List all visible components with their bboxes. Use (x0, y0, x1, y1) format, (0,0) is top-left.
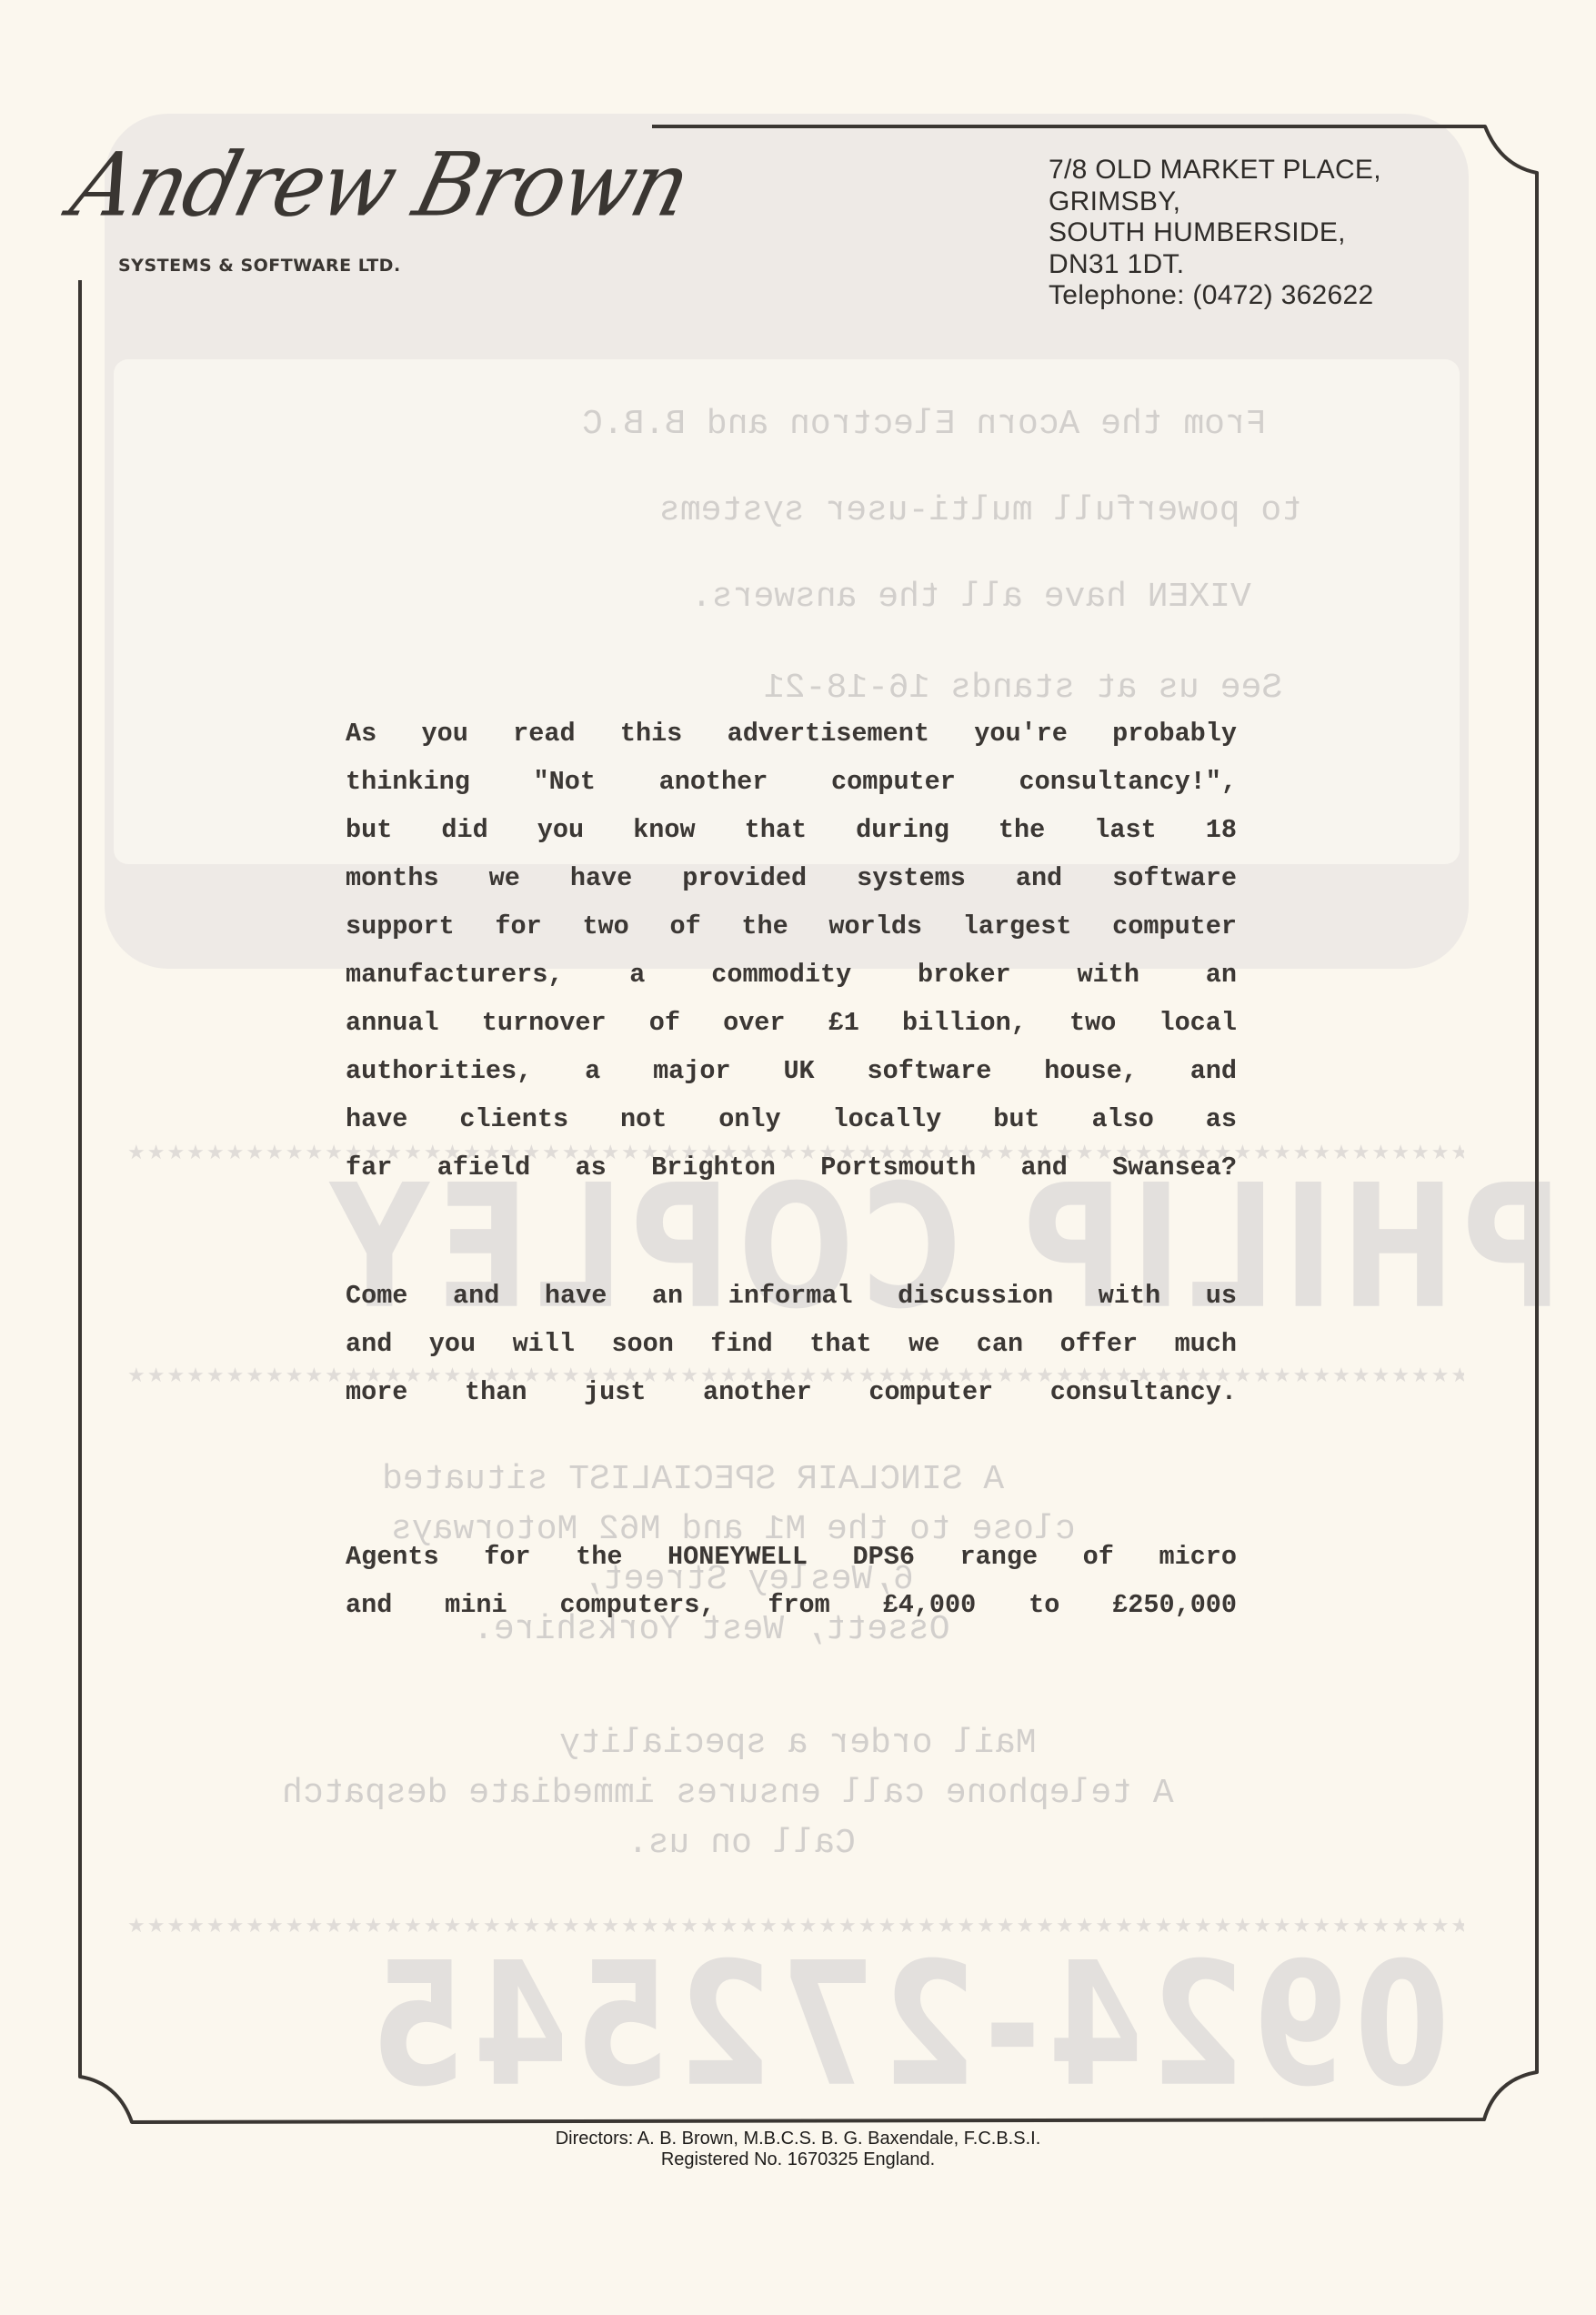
telephone-line: Telephone: (0472) 362622 (1049, 280, 1381, 312)
text-line: have clients not only locally but also a… (346, 1095, 1237, 1143)
letterhead-footer: Directors: A. B. Brown, M.B.C.S. B. G. B… (0, 2129, 1596, 2170)
company-subtitle: SYSTEMS & SOFTWARE LTD. (118, 256, 401, 276)
text-line: support for two of the worlds largest co… (346, 902, 1237, 951)
text-line: As you read this advertisement you're pr… (346, 710, 1237, 758)
address-line: GRIMSBY, (1049, 186, 1381, 218)
paragraph-agents: Agents for the HONEYWELL DPS6 range of m… (346, 1533, 1237, 1629)
company-signature-logo: Andrew Brown (62, 134, 698, 236)
registration-line: Registered No. 1670325 England. (0, 2149, 1596, 2170)
text-line: more than just another computer consulta… (346, 1368, 1237, 1416)
text-line: authorities, a major UK software house, … (346, 1047, 1237, 1095)
directors-line: Directors: A. B. Brown, M.B.C.S. B. G. B… (0, 2129, 1596, 2149)
address-line: 7/8 OLD MARKET PLACE, (1049, 155, 1381, 186)
text-line: Agents for the HONEYWELL DPS6 range of m… (346, 1533, 1237, 1581)
address-line: SOUTH HUMBERSIDE, (1049, 217, 1381, 249)
text-line: Come and have an informal discussion wit… (346, 1272, 1237, 1320)
advert-body: As you read this advertisement you're pr… (346, 710, 1237, 1629)
paragraph-invitation: Come and have an informal discussion wit… (346, 1272, 1237, 1416)
company-address: 7/8 OLD MARKET PLACE, GRIMSBY, SOUTH HUM… (1049, 155, 1381, 312)
text-line: thinking "Not another computer consultan… (346, 758, 1237, 806)
paragraph-intro: As you read this advertisement you're pr… (346, 710, 1237, 1192)
text-line: but did you know that during the last 18 (346, 806, 1237, 854)
text-line: annual turnover of over £1 billion, two … (346, 999, 1237, 1047)
text-line: manufacturers, a commodity broker with a… (346, 951, 1237, 999)
text-line: and mini computers, from £4,000 to £250,… (346, 1581, 1237, 1629)
text-line: months we have provided systems and soft… (346, 854, 1237, 902)
text-line: and you will soon find that we can offer… (346, 1320, 1237, 1368)
address-line: DN31 1DT. (1049, 249, 1381, 281)
text-line: far afield as Brighton Portsmouth and Sw… (346, 1143, 1237, 1192)
